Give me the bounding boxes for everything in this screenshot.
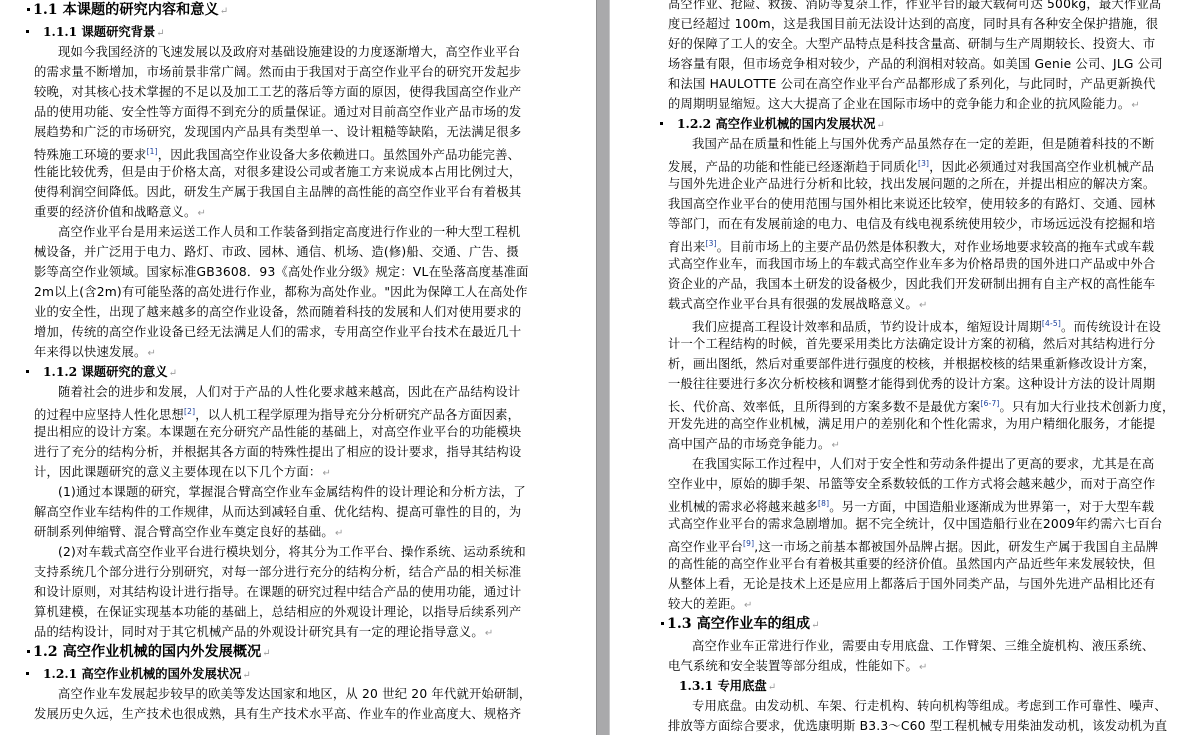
line-text: 发展历史久远，生产技术也很成熟，具有生产技术水平高、作业车的作业高度大、规格齐	[34, 707, 521, 721]
paragraph-line: 排放等方面综合要求，优选康明斯 B3.3～C60 型工程机械专用柴油发动机，该发…	[668, 716, 1171, 735]
document-page-left[interactable]: 1.1 本课题的研究内容和意义↵1.1.1 课题研究背景↵现如今我国经济的飞速发…	[0, 0, 596, 735]
line-text: 专用底盘。由发动机、车架、行走机构、转向机构等组成。考虑到工作可靠性、噪声、	[692, 699, 1167, 713]
line-text: 随着社会的进步和发展，人们对于产品的人性化要求越来越高，因此在产品结构设计	[58, 385, 520, 399]
line-text: 年来得以快速发展。	[34, 345, 146, 359]
paragraph-line: 展趋势和广泛的市场研究，发现国内产品具有类型单一、设计粗糙等缺陷，无法满足很多	[34, 122, 536, 142]
line-text: 2m以上(含2m)有可能坠落的高处进行作业，都称为高处作业。"因此为保障工人在高…	[34, 285, 528, 299]
citation-ref: [2]	[184, 407, 195, 416]
page-content: 1.1 本课题的研究内容和意义↵1.1.1 课题研究背景↵现如今我国经济的飞速发…	[34, 0, 536, 724]
heading-text: 1.3 高空作业车的组成	[667, 616, 810, 632]
line-text: 使得利润空间降低。因此，研发生产属于我国自主品牌的高性能的高空作业平台有着极其	[34, 185, 521, 199]
line-text: 与国外先进企业产品进行分析和比较，找出发展问题的之所在，并提出相应的解决方案。	[668, 177, 1155, 191]
paragraph-line: 年来得以快速发展。↵	[34, 342, 536, 362]
line-text: 空作业中，原始的脚手架、吊篮等安全系数较低的工作方式将会越来越少，而对于高空作	[668, 477, 1155, 491]
line-text: 现如今我国经济的飞速发展以及政府对基础设施建设的力度逐渐增大，高空作业平台	[58, 45, 520, 59]
line-text: 的周期明显缩短。这大大提高了企业在国际市场中的竞争能力和企业的抗风险能力。	[668, 97, 1130, 111]
line-text: 械设备，并广泛用于电力、路灯、市政、园林、通信、机场、造(修)船、交通、广告、摄	[34, 245, 519, 259]
paragraph-mark-icon: ↵	[876, 120, 884, 131]
line-text: 场容量有限，但市场竞争相对较少，产品的利润相对较高。如美国 Genie 公司、J…	[668, 57, 1163, 71]
line-text: 高中国产品的市场竞争能力。	[668, 437, 830, 451]
page-content: 高空作业、抢险、救援、消防等复杂工作，作业平台的最大载荷可达 500kg，最大作…	[668, 0, 1171, 735]
line-text: 特殊施工环境的要求[1]，因此我国高空作业设备大多依赖进口。虽然国外产品功能完善…	[34, 148, 520, 162]
paragraph-line: 的过程中应坚持人性化思想[2]，以人机工程学原理为指导充分分析研究产品各方面因素…	[34, 402, 536, 422]
line-text: 品的结构设计，同时对于其它机械产品的外观设计研究具有一定的理论指导意义。	[34, 625, 484, 639]
line-text: 载式高空作业平台具有很强的发展战略意义。	[668, 297, 918, 311]
line-text: 析，画出图纸，然后对重要部件进行强度的校核，并根据校核的结果重新修改设计方案，	[668, 357, 1155, 371]
citation-ref: [8]	[818, 499, 829, 508]
line-text: 较大的差距。	[668, 597, 743, 611]
page-gap-separator	[596, 0, 610, 735]
paragraph-line: 高空作业车正常进行作业，需要由专用底盘、工作臂架、三维全旋机构、液压系统、	[668, 636, 1171, 656]
paragraph-mark-icon: ↵	[242, 670, 250, 681]
citation-ref: [3]	[918, 159, 929, 168]
paragraph-line: 2m以上(含2m)有可能坠落的高处进行作业，都称为高处作业。"因此为保障工人在高…	[34, 282, 536, 302]
paragraph-line: 支持系统几个部分进行分别研究，对每一部分进行充分的结构分析，结合产品的相关标准	[34, 562, 536, 582]
paragraph-mark-icon: ↵	[169, 368, 177, 379]
paragraph-line: 业机械的需求必将越来越多[8]。另一方面，中国造船业逐渐成为世界第一，对于大型车…	[668, 494, 1171, 514]
paragraph-mark-icon: ↵	[262, 648, 270, 659]
line-text: 业的安全性，出现了越来越多的高空作业设备，然而随着科技的发展和人们对使用要求的	[34, 305, 521, 319]
section-heading: 1.3 高空作业车的组成↵	[661, 614, 1171, 636]
paragraph-line: 品的使用功能、安全性等方面得不到充分的质量保证。通过对目前高空作业产品市场的发	[34, 102, 536, 122]
paragraph-line: 解高空作业车结构件的工作规律，从而达到减轻自重、优化结构、提高可靠性的目的，为	[34, 502, 536, 522]
line-text: 业机械的需求必将越来越多[8]。另一方面，中国造船业逐渐成为世界第一，对于大型车…	[668, 500, 1154, 514]
line-text: 计一个工程结构的时候，首先要采用类比方法确定设计方案的初稿，然后对其结构进行分	[668, 337, 1155, 351]
paragraph-mark-icon: ↵	[744, 600, 753, 611]
line-text: 等部门，而在有发展前途的电力、电信及有线电视系统使用较少，市场远远没有挖掘和培	[668, 217, 1155, 231]
line-text: 展趋势和广泛的市场研究，发现国内产品具有类型单一、设计粗糙等缺陷，无法满足很多	[34, 125, 521, 139]
paragraph-mark-icon: ↵	[919, 300, 928, 311]
citation-ref: [1]	[146, 147, 157, 156]
paragraph-line: 好的保障了工人的安全。大型产品特点是科技含量高、研制与生产周期较长、投资大、市	[668, 34, 1171, 54]
bullet-icon	[26, 30, 29, 33]
paragraph-line: 提出相应的设计方案。本课题在充分研究产品性能的基础上，对高空作业平台的功能模块	[34, 422, 536, 442]
line-text: 电气系统和安全装置等部分组成，性能如下。	[668, 659, 918, 673]
paragraph-line: 高中国产品的市场竞争能力。↵	[668, 434, 1171, 454]
line-text: 重要的经济价值和战略意义。	[34, 205, 196, 219]
paragraph-line: 发展历史久远，生产技术也很成熟，具有生产技术水平高、作业车的作业高度大、规格齐	[34, 704, 536, 724]
paragraph-line: 增加，传统的高空作业设备已经无法满足人们的需求，专用高空作业平台技术在最近几十	[34, 322, 536, 342]
line-text: 计，因此课题研究的意义主要体现在以下几个方面：	[34, 465, 321, 479]
line-text: 算机建模，在保证实现基本功能的基础上，总结相应的外观设计理论，以指导后续系列产	[34, 605, 521, 619]
paragraph-line: 高空作业、抢险、救援、消防等复杂工作，作业平台的最大载荷可达 500kg，最大作…	[668, 0, 1171, 14]
bullet-icon	[661, 622, 664, 625]
paragraph-line: 械设备，并广泛用于电力、路灯、市政、园林、通信、机场、造(修)船、交通、广告、摄	[34, 242, 536, 262]
paragraph-mark-icon: ↵	[485, 628, 494, 639]
citation-ref: [9]	[743, 539, 754, 548]
paragraph-line: 进行了充分的结构分析，并根据其各方面的特殊性提出了相应的设计要求，指导其结构设	[34, 442, 536, 462]
line-text: 的过程中应坚持人性化思想[2]，以人机工程学原理为指导充分分析研究产品各方面因素…	[34, 408, 520, 422]
paragraph-line: 我国高空作业平台的使用范围与国外相比来说还比较窄，使用较多的有路灯、交通、园林	[668, 194, 1171, 214]
paragraph-mark-icon: ↵	[156, 28, 164, 39]
paragraph-line: 和设计原则，对其结构设计进行指导。在课题的研究过程中结合产品的使用功能，通过计	[34, 582, 536, 602]
paragraph-line: 高空作业车发展起步较早的欧美等发达国家和地区，从 20 世纪 20 年代就开始研…	[34, 684, 536, 704]
paragraph-mark-icon: ↵	[811, 620, 819, 631]
document-page-right[interactable]: 高空作业、抢险、救援、消防等复杂工作，作业平台的最大载荷可达 500kg，最大作…	[610, 0, 1188, 735]
line-text: 的需求量不断增加，市场前景非常广阔。然而由于我国对于高空作业平台的研究开发起步	[34, 65, 521, 79]
line-text: 研制系列伸缩臂、混合臂高空作业车奠定良好的基础。	[34, 525, 334, 539]
paragraph-mark-icon: ↵	[919, 662, 928, 673]
paragraph-line: 较大的差距。↵	[668, 594, 1171, 614]
paragraph-line: 育出来[3]。目前市场上的主要产品仍然是体积教大，对作业场地要求较高的拖车式或车…	[668, 234, 1171, 254]
line-text: 和法国 HAULOTTE 公司在高空作业平台产品都形成了系列化，与此同时，产品更…	[668, 77, 1156, 91]
line-text: 高空作业车发展起步较早的欧美等发达国家和地区，从 20 世纪 20 年代就开始研…	[58, 687, 531, 701]
line-text: 高空作业平台是用来运送工作人员和工作装备到指定高度进行作业的一种大型工程机	[58, 225, 520, 239]
paragraph-mark-icon: ↵	[220, 6, 228, 17]
line-text: 解高空作业车结构件的工作规律，从而达到减轻自重、优化结构、提高可靠性的目的，为	[34, 505, 521, 519]
paragraph-mark-icon: ↵	[197, 208, 206, 219]
bullet-icon	[27, 650, 30, 653]
line-text: 开发先进的高空作业机械，满足用户的差别化和个性化需求，为用户精细化服务，才能提	[668, 417, 1155, 431]
heading-text: 1.2.1 高空作业机械的国外发展状况	[43, 666, 241, 681]
paragraph-line: 在我国实际工作过程中，人们对于安全性和劳动条件提出了更高的要求，尤其是在高	[668, 454, 1171, 474]
paragraph-line: (2)对车载式高空作业平台进行模块划分，将其分为工作平台、操作系统、运动系统和	[34, 542, 536, 562]
paragraph-line: 空作业中，原始的脚手架、吊篮等安全系数较低的工作方式将会越来越少，而对于高空作	[668, 474, 1171, 494]
heading-text: 1.2 高空作业机械的国内外发展概况	[33, 644, 261, 660]
line-text: 的高性能的高空作业平台有着极其重要的经济价值。虽然国内产品近些年来发展较快，但	[668, 557, 1155, 571]
section-heading: 1.1 本课题的研究内容和意义↵	[27, 0, 536, 22]
paragraph-line: 特殊施工环境的要求[1]，因此我国高空作业设备大多依赖进口。虽然国外产品功能完善…	[34, 142, 536, 162]
paragraph-line: 式高空作业平台的需求急剧增加。据不完全统计，仅中国造船行业在2009年约需六七百…	[668, 514, 1171, 534]
paragraph-line: 长、代价高、效率低，且所得到的方案多数不是最优方案[6-7]。只有加大行业技术创…	[668, 394, 1171, 414]
bullet-icon	[26, 672, 29, 675]
line-text: 从整体上看，无论是技术上还是应用上都落后于国外同类产品，与国外先进产品相比还有	[668, 577, 1155, 591]
line-text: 和设计原则，对其结构设计进行指导。在课题的研究过程中结合产品的使用功能，通过计	[34, 585, 521, 599]
line-text: 高空作业平台[9],这一市场之前基本都被国外品牌占据。因此，研发生产属于我国自主…	[668, 540, 1158, 554]
paragraph-line: 较晚，对其核心技术掌握的不足以及加工工艺的落后等方面的原因，使得我国高空作业产	[34, 82, 536, 102]
paragraph-line: 重要的经济价值和战略意义。↵	[34, 202, 536, 222]
bullet-icon	[27, 8, 30, 11]
citation-ref: [6-7]	[980, 399, 999, 408]
paragraph-mark-icon: ↵	[768, 682, 776, 693]
paragraph-line: 随着社会的进步和发展，人们对于产品的人性化要求越来越高，因此在产品结构设计	[34, 382, 536, 402]
subsection-heading: 1.1.1 课题研究背景↵	[26, 22, 536, 42]
citation-ref: [3]	[706, 239, 717, 248]
paragraph-line: 载式高空作业平台具有很强的发展战略意义。↵	[668, 294, 1171, 314]
bullet-icon	[660, 122, 663, 125]
line-text: 进行了充分的结构分析，并根据其各方面的特殊性提出了相应的设计要求，指导其结构设	[34, 445, 521, 459]
subsection-heading: 1.3.1 专用底盘↵	[679, 676, 1171, 696]
paragraph-mark-icon: ↵	[322, 468, 331, 479]
line-text: 我国产品在质量和性能上与国外优秀产品虽然存在一定的差距，但是随着科技的不断	[692, 137, 1154, 151]
paragraph-line: 资企业的产品，我国本土研发的设备极少，因此我们开发研制出拥有自主产权的高性能车	[668, 274, 1171, 294]
paragraph-line: 算机建模，在保证实现基本功能的基础上，总结相应的外观设计理论，以指导后续系列产	[34, 602, 536, 622]
subsection-heading: 1.2.1 高空作业机械的国外发展状况↵	[26, 664, 536, 684]
line-text: 支持系统几个部分进行分别研究，对每一部分进行充分的结构分析，结合产品的相关标准	[34, 565, 521, 579]
line-text: 式高空作业平台的需求急剧增加。据不完全统计，仅中国造船行业在2009年约需六七百…	[668, 517, 1162, 531]
paragraph-line: 从整体上看，无论是技术上还是应用上都落后于国外同类产品，与国外先进产品相比还有	[668, 574, 1171, 594]
line-text: 高空作业、抢险、救援、消防等复杂工作，作业平台的最大载荷可达 500kg，最大作…	[668, 0, 1161, 11]
paragraph-line: 式高空作业车，而我国市场上的车载式高空作业车多为价格昂贵的国外进口产品或中外合	[668, 254, 1171, 274]
paragraph-line: 计一个工程结构的时候，首先要采用类比方法确定设计方案的初稿，然后对其结构进行分	[668, 334, 1171, 354]
line-text: 长、代价高、效率低，且所得到的方案多数不是最优方案[6-7]。只有加大行业技术创…	[668, 400, 1171, 414]
heading-text: 1.3.1 专用底盘	[679, 678, 767, 693]
paragraph-mark-icon: ↵	[1131, 100, 1140, 111]
paragraph-line: 等部门，而在有发展前途的电力、电信及有线电视系统使用较少，市场远远没有挖掘和培	[668, 214, 1171, 234]
heading-text: 1.1 本课题的研究内容和意义	[33, 2, 219, 18]
line-text: 影等高空作业领域。国家标准GB3608．93《高处作业分级》规定：VL在坠落高度…	[34, 265, 529, 279]
paragraph-line: 高空作业平台是用来运送工作人员和工作装备到指定高度进行作业的一种大型工程机	[34, 222, 536, 242]
paragraph-line: 析，画出图纸，然后对重要部件进行强度的校核，并根据校核的结果重新修改设计方案，	[668, 354, 1171, 374]
paragraph-line: 使得利润空间降低。因此，研发生产属于我国自主品牌的高性能的高空作业平台有着极其	[34, 182, 536, 202]
subsection-heading: 1.1.2 课题研究的意义↵	[26, 362, 536, 382]
bullet-icon	[26, 370, 29, 373]
line-text: 在我国实际工作过程中，人们对于安全性和劳动条件提出了更高的要求，尤其是在高	[692, 457, 1154, 471]
paragraph-line: 度已经超过 100m，这是我国目前无法设计达到的高度，同时具有各种安全保护措施，…	[668, 14, 1171, 34]
paragraph-line: 计，因此课题研究的意义主要体现在以下几个方面：↵	[34, 462, 536, 482]
paragraph-line: 我国产品在质量和性能上与国外优秀产品虽然存在一定的差距，但是随着科技的不断	[668, 134, 1171, 154]
citation-ref: [4-5]	[1042, 319, 1061, 328]
paragraph-line: 影等高空作业领域。国家标准GB3608．93《高处作业分级》规定：VL在坠落高度…	[34, 262, 536, 282]
line-text: 式高空作业车，而我国市场上的车载式高空作业车多为价格昂贵的国外进口产品或中外合	[668, 257, 1155, 271]
paragraph-line: (1)通过本课题的研究，掌握混合臂高空作业车金属结构件的设计理论和分析方法，了	[34, 482, 536, 502]
paragraph-line: 研制系列伸缩臂、混合臂高空作业车奠定良好的基础。↵	[34, 522, 536, 542]
line-text: 资企业的产品，我国本土研发的设备极少，因此我们开发研制出拥有自主产权的高性能车	[668, 277, 1155, 291]
line-text: 育出来[3]。目前市场上的主要产品仍然是体积教大，对作业场地要求较高的拖车式或车…	[668, 240, 1154, 254]
line-text: 提出相应的设计方案。本课题在充分研究产品性能的基础上，对高空作业平台的功能模块	[34, 425, 521, 439]
paragraph-line: 品的结构设计，同时对于其它机械产品的外观设计研究具有一定的理论指导意义。↵	[34, 622, 536, 642]
paragraph-mark-icon: ↵	[147, 348, 156, 359]
heading-text: 1.1.2 课题研究的意义	[43, 364, 168, 379]
line-text: 高空作业车正常进行作业，需要由专用底盘、工作臂架、三维全旋机构、液压系统、	[692, 639, 1154, 653]
heading-text: 1.1.1 课题研究背景	[43, 24, 155, 39]
paragraph-line: 电气系统和安全装置等部分组成，性能如下。↵	[668, 656, 1171, 676]
paragraph-line: 开发先进的高空作业机械，满足用户的差别化和个性化需求，为用户精细化服务，才能提	[668, 414, 1171, 434]
line-text: (2)对车载式高空作业平台进行模块划分，将其分为工作平台、操作系统、运动系统和	[58, 545, 526, 559]
paragraph-mark-icon: ↵	[831, 440, 840, 451]
paragraph-line: 一般往往要进行多次分析校核和调整才能得到优秀的设计方案。这种设计方法的设计周期	[668, 374, 1171, 394]
paragraph-mark-icon: ↵	[335, 528, 344, 539]
line-text: 度已经超过 100m，这是我国目前无法设计达到的高度，同时具有各种安全保护措施，…	[668, 17, 1158, 31]
paragraph-line: 的高性能的高空作业平台有着极其重要的经济价值。虽然国内产品近些年来发展较快，但	[668, 554, 1171, 574]
paragraph-line: 我们应提高工程设计效率和品质，节约设计成本，缩短设计周期[4-5]。而传统设计在…	[668, 314, 1171, 334]
line-text: (1)通过本课题的研究，掌握混合臂高空作业车金属结构件的设计理论和分析方法，了	[58, 485, 526, 499]
paragraph-line: 性能比较优秀，但是由于价格太高，对很多建设公司或者施工方来说成本占用比例过大，	[34, 162, 536, 182]
paragraph-line: 场容量有限，但市场竞争相对较少，产品的利润相对较高。如美国 Genie 公司、J…	[668, 54, 1171, 74]
line-text: 发展，产品的功能和性能已经逐渐趋于同质化[3]，因此必须通过对我国高空作业机械产…	[668, 160, 1154, 174]
line-text: 增加，传统的高空作业设备已经无法满足人们的需求，专用高空作业平台技术在最近几十	[34, 325, 521, 339]
paragraph-line: 发展，产品的功能和性能已经逐渐趋于同质化[3]，因此必须通过对我国高空作业机械产…	[668, 154, 1171, 174]
heading-text: 1.2.2 高空作业机械的国内发展状况	[677, 116, 875, 131]
paragraph-line: 和法国 HAULOTTE 公司在高空作业平台产品都形成了系列化，与此同时，产品更…	[668, 74, 1171, 94]
paragraph-line: 现如今我国经济的飞速发展以及政府对基础设施建设的力度逐渐增大，高空作业平台	[34, 42, 536, 62]
line-text: 我们应提高工程设计效率和品质，节约设计成本，缩短设计周期[4-5]。而传统设计在…	[692, 320, 1161, 334]
line-text: 品的使用功能、安全性等方面得不到充分的质量保证。通过对目前高空作业产品市场的发	[34, 105, 521, 119]
line-text: 排放等方面综合要求，优选康明斯 B3.3～C60 型工程机械专用柴油发动机，该发…	[668, 719, 1167, 733]
paragraph-line: 的需求量不断增加，市场前景非常广阔。然而由于我国对于高空作业平台的研究开发起步	[34, 62, 536, 82]
paragraph-line: 高空作业平台[9],这一市场之前基本都被国外品牌占据。因此，研发生产属于我国自主…	[668, 534, 1171, 554]
paragraph-line: 专用底盘。由发动机、车架、行走机构、转向机构等组成。考虑到工作可靠性、噪声、	[668, 696, 1171, 716]
line-text: 好的保障了工人的安全。大型产品特点是科技含量高、研制与生产周期较长、投资大、市	[668, 37, 1155, 51]
line-text: 较晚，对其核心技术掌握的不足以及加工工艺的落后等方面的原因，使得我国高空作业产	[34, 85, 521, 99]
paragraph-line: 业的安全性，出现了越来越多的高空作业设备，然而随着科技的发展和人们对使用要求的	[34, 302, 536, 322]
subsection-heading: 1.2.2 高空作业机械的国内发展状况↵	[660, 114, 1171, 134]
paragraph-line: 的周期明显缩短。这大大提高了企业在国际市场中的竞争能力和企业的抗风险能力。↵	[668, 94, 1171, 114]
line-text: 性能比较优秀，但是由于价格太高，对很多建设公司或者施工方来说成本占用比例过大，	[34, 165, 521, 179]
line-text: 一般往往要进行多次分析校核和调整才能得到优秀的设计方案。这种设计方法的设计周期	[668, 377, 1155, 391]
line-text: 我国高空作业平台的使用范围与国外相比来说还比较窄，使用较多的有路灯、交通、园林	[668, 197, 1155, 211]
paragraph-line: 与国外先进企业产品进行分析和比较，找出发展问题的之所在，并提出相应的解决方案。	[668, 174, 1171, 194]
section-heading: 1.2 高空作业机械的国内外发展概况↵	[27, 642, 536, 664]
